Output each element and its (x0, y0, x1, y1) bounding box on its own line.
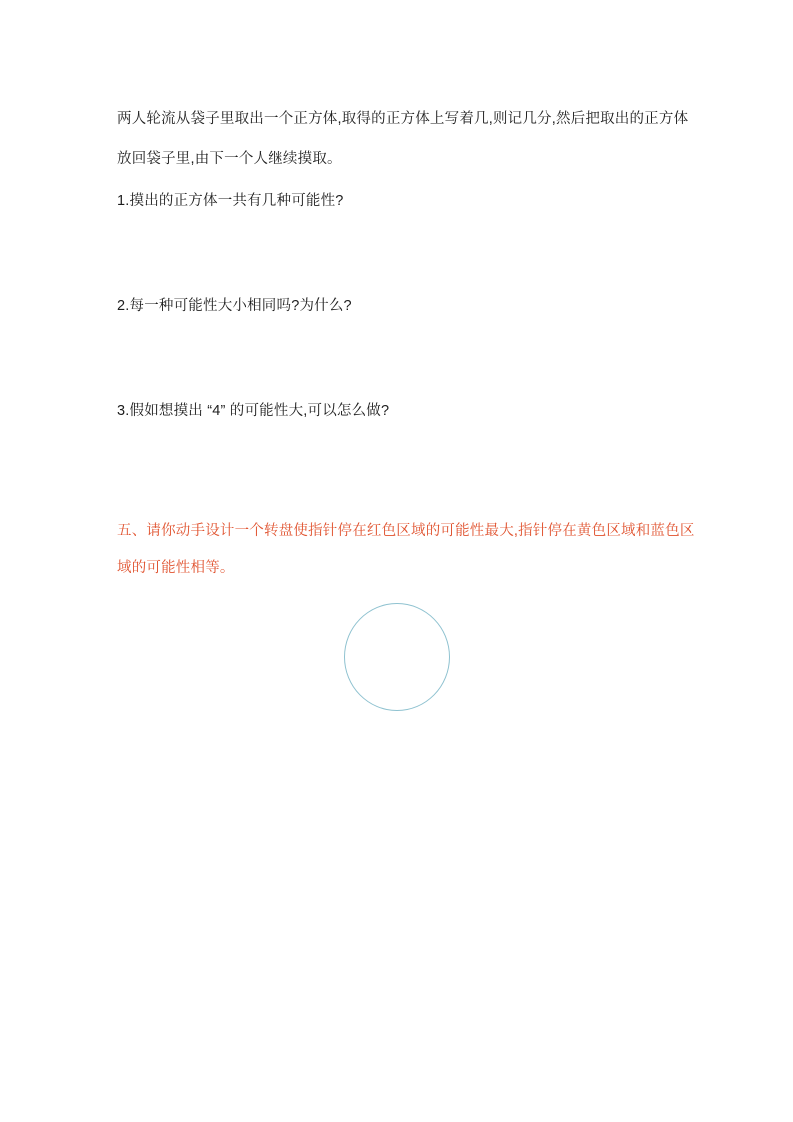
intro-line-2: 放回袋子里,由下一个人继续摸取。 (117, 151, 342, 167)
worksheet-page: 两人轮流从袋子里取出一个正方体,取得的正方体上写着几,则记几分,然后把取出的正方… (0, 0, 793, 1122)
question-2: 2.每一种可能性大小相同吗?为什么? (117, 298, 352, 314)
section-five-line-1: 五、请你动手设计一个转盘使指针停在红色区域的可能性最大,指针停在黄色区域和蓝色区 (117, 523, 695, 539)
section-five-line-2: 域的可能性相等。 (117, 560, 235, 576)
question-3: 3.假如想摸出 “4” 的可能性大,可以怎么做? (117, 403, 389, 419)
spinner-circle (344, 603, 450, 711)
question-1: 1.摸出的正方体一共有几种可能性? (117, 193, 344, 209)
intro-line-1: 两人轮流从袋子里取出一个正方体,取得的正方体上写着几,则记几分,然后把取出的正方… (117, 111, 688, 127)
